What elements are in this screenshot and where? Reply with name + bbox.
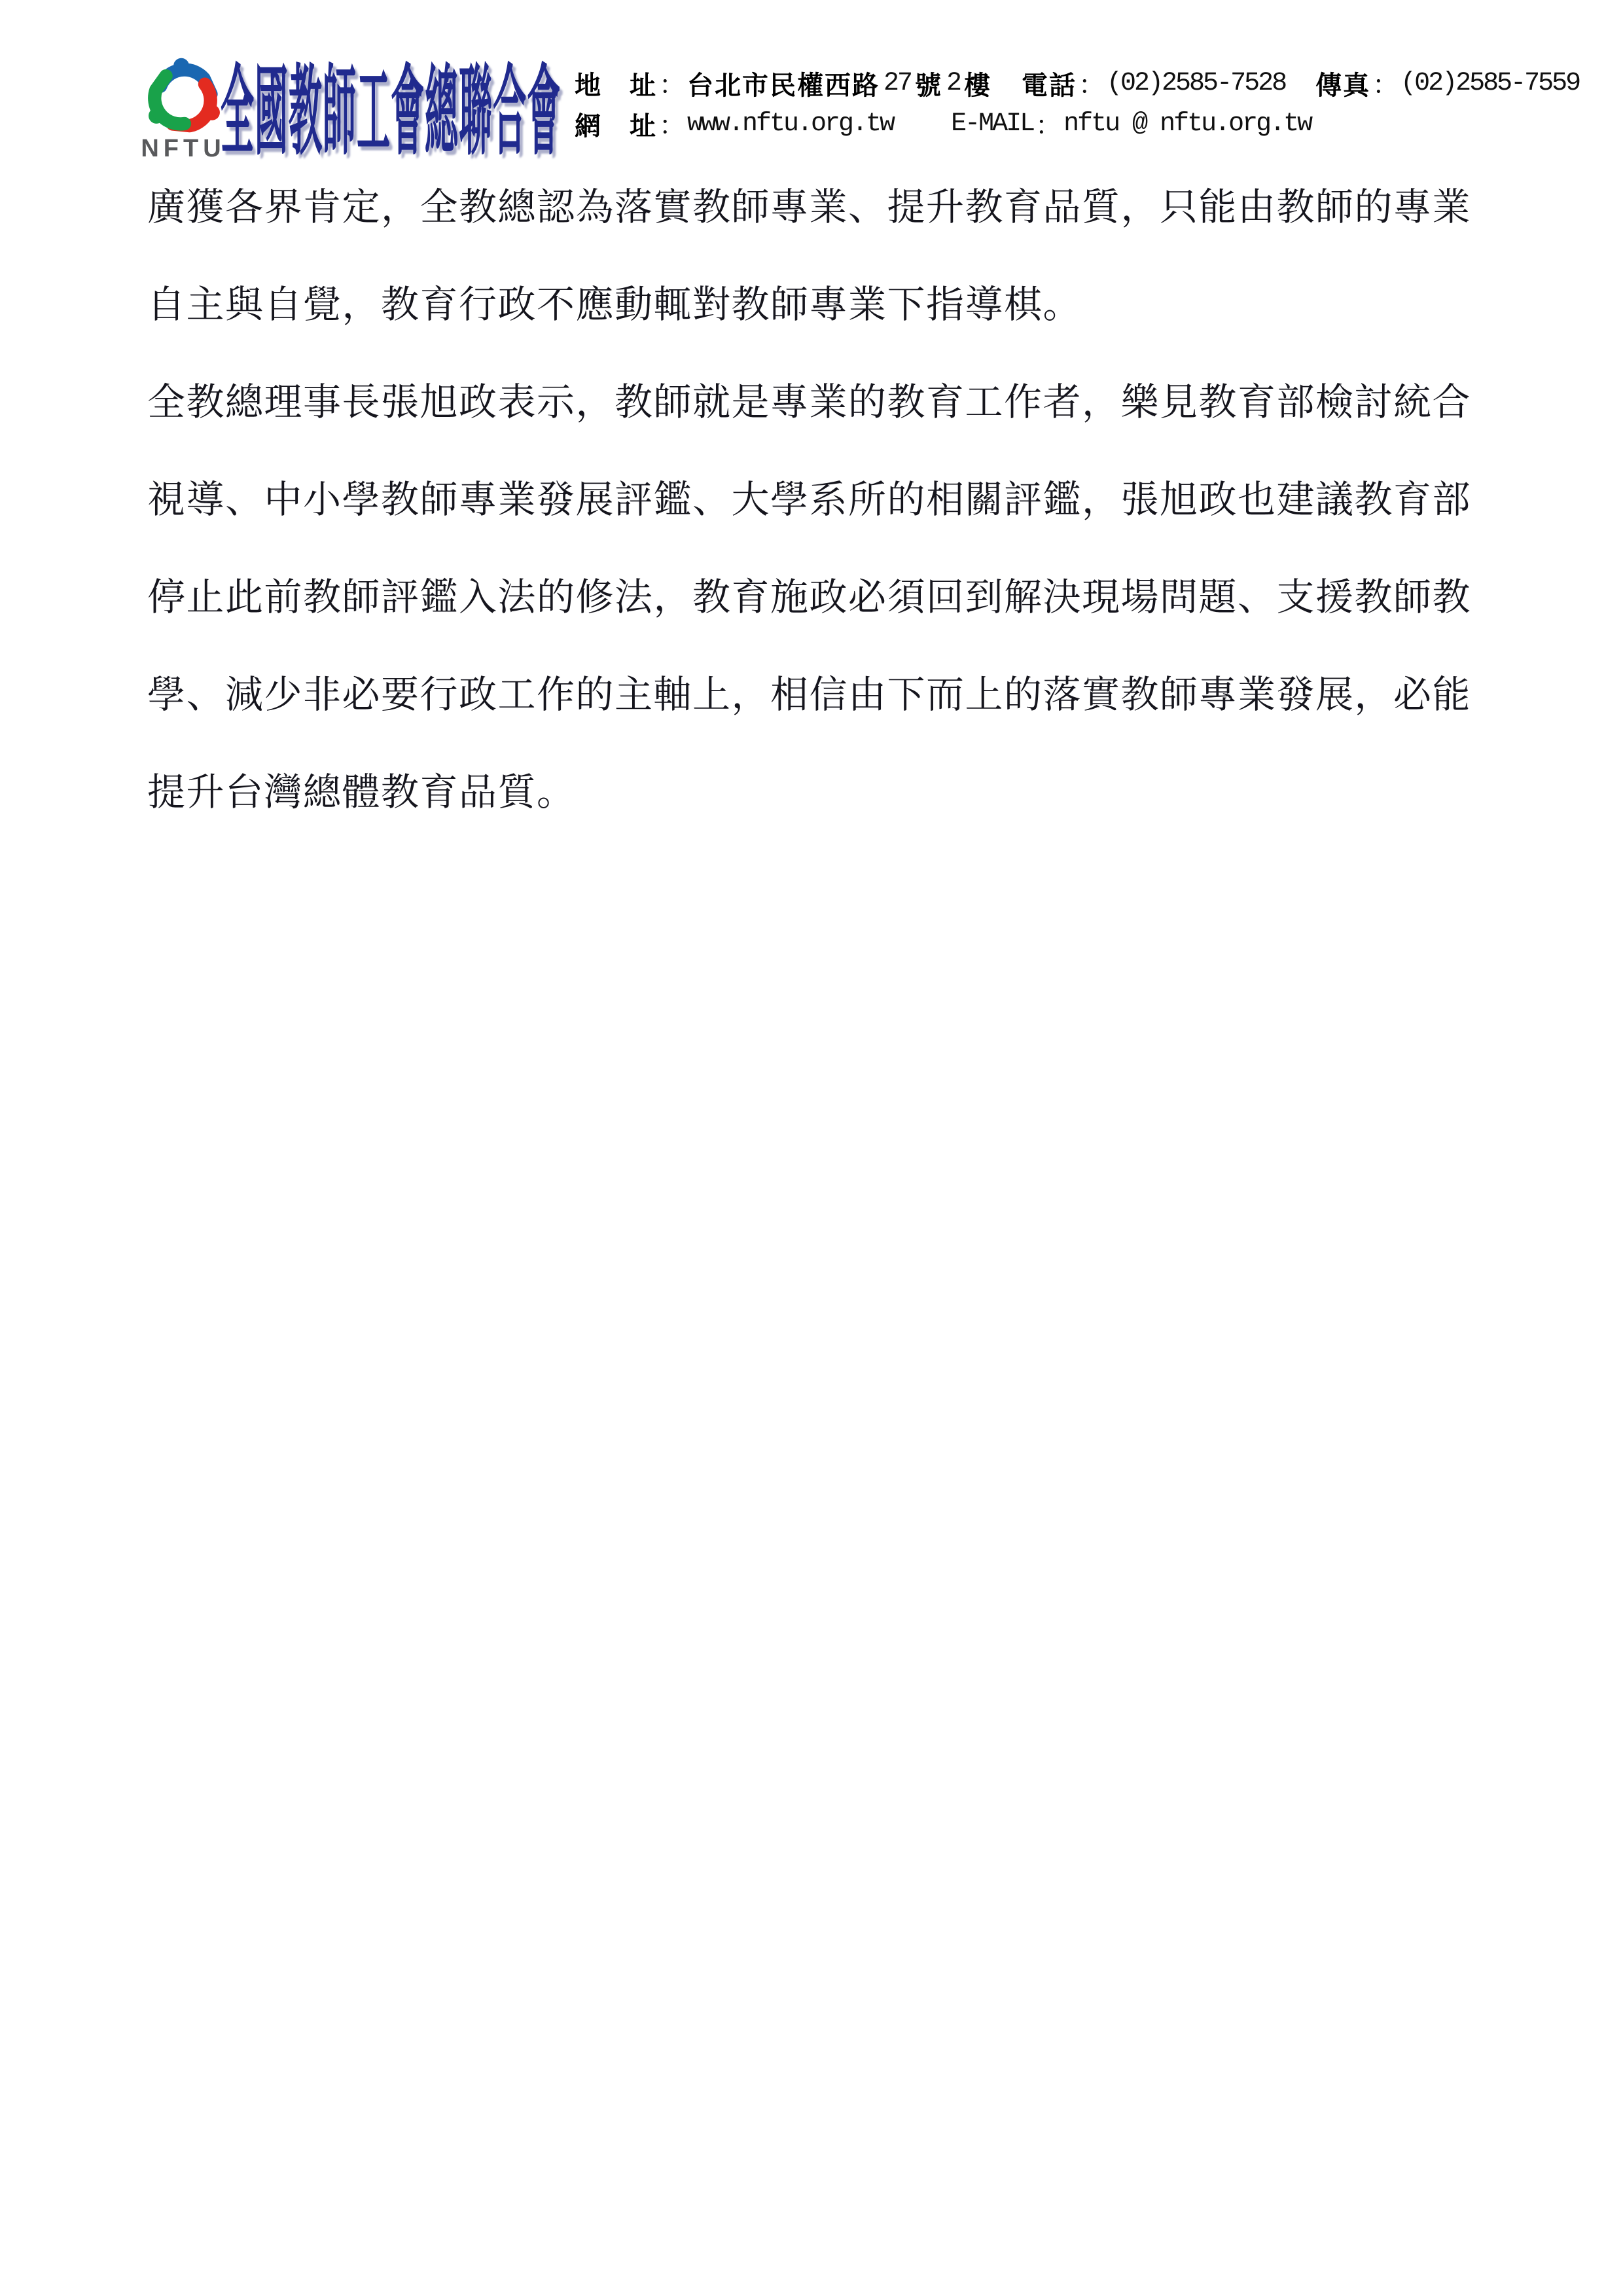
address-floor-number: 2 bbox=[946, 69, 960, 98]
text-line: 學、減少非必要行政工作的主軸上，相信由下而上的落實教師專業發展，必能 bbox=[147, 646, 1482, 744]
phone-label: 電話 bbox=[1022, 65, 1077, 102]
contact-row-web: 網 址：www.nftu.org.tw E-MAIL：nftu @ nftu.o… bbox=[575, 103, 1579, 144]
email-value: nftu @ nftu.org.tw bbox=[1063, 109, 1311, 139]
org-title-text: 全國教師工會總聯合會 bbox=[221, 63, 561, 162]
contact-block: 地 址：台北市民權西路27號2樓 電話：(02)2585-7528 傳真：(02… bbox=[575, 63, 1579, 144]
fax-value: (02)2585-7559 bbox=[1400, 69, 1579, 98]
text-line: 全教總理事長張旭政表示，教師就是專業的教育工作者，樂見教育部檢討統合 bbox=[147, 353, 1482, 451]
address-hao: 號 bbox=[915, 65, 942, 102]
website-label: 網 址 bbox=[575, 105, 657, 143]
nftu-acronym: NFTU bbox=[131, 136, 236, 161]
address-floor: 樓 bbox=[964, 65, 991, 102]
nftu-triskelion-icon bbox=[134, 51, 233, 139]
website-value: www.nftu.org.tw bbox=[687, 109, 893, 139]
text-line: 停止此前教師評鑑入法的修法，教育施政必須回到解決現場問題、支援教師教 bbox=[147, 548, 1482, 646]
email-colon: ： bbox=[1035, 105, 1061, 143]
body-text: 廣獲各界肯定，全教總認為落實教師專業、提升教育品質，只能由教師的專業 自主與自覺… bbox=[147, 158, 1482, 841]
text-line: 視導、中小學教師專業發展評鑑、大學系所的相關評鑑，張旭政也建議教育部 bbox=[147, 451, 1482, 548]
phone-colon: ： bbox=[1079, 64, 1105, 102]
address-number: 27 bbox=[883, 69, 911, 98]
text-line: 廣獲各界肯定，全教總認為落實教師專業、提升教育品質，只能由教師的專業 bbox=[147, 158, 1482, 256]
website-colon: ： bbox=[659, 105, 685, 143]
text-line: 自主與自覺，教育行政不應動輒對教師專業下指導棋。 bbox=[147, 256, 1482, 353]
nftu-logo: NFTU bbox=[131, 51, 236, 161]
document-page: NFTU 全國教師工會總聯合會 地 址：台北市民權西路27號2樓 電話：(02)… bbox=[0, 0, 1623, 2296]
address-label: 地 址 bbox=[575, 65, 657, 102]
contact-row-address: 地 址：台北市民權西路27號2樓 電話：(02)2585-7528 傳真：(02… bbox=[575, 63, 1579, 103]
address-street: 台北市民權西路 bbox=[687, 65, 880, 102]
phone-value: (02)2585-7528 bbox=[1107, 69, 1285, 98]
text-line: 提升台灣總體教育品質。 bbox=[147, 744, 1482, 841]
address-colon: ： bbox=[659, 64, 685, 102]
fax-label: 傳真 bbox=[1315, 65, 1370, 102]
letterhead: NFTU 全國教師工會總聯合會 地 址：台北市民權西路27號2樓 電話：(02)… bbox=[0, 0, 1623, 177]
fax-colon: ： bbox=[1372, 64, 1399, 102]
email-label: E-MAIL bbox=[951, 109, 1033, 139]
